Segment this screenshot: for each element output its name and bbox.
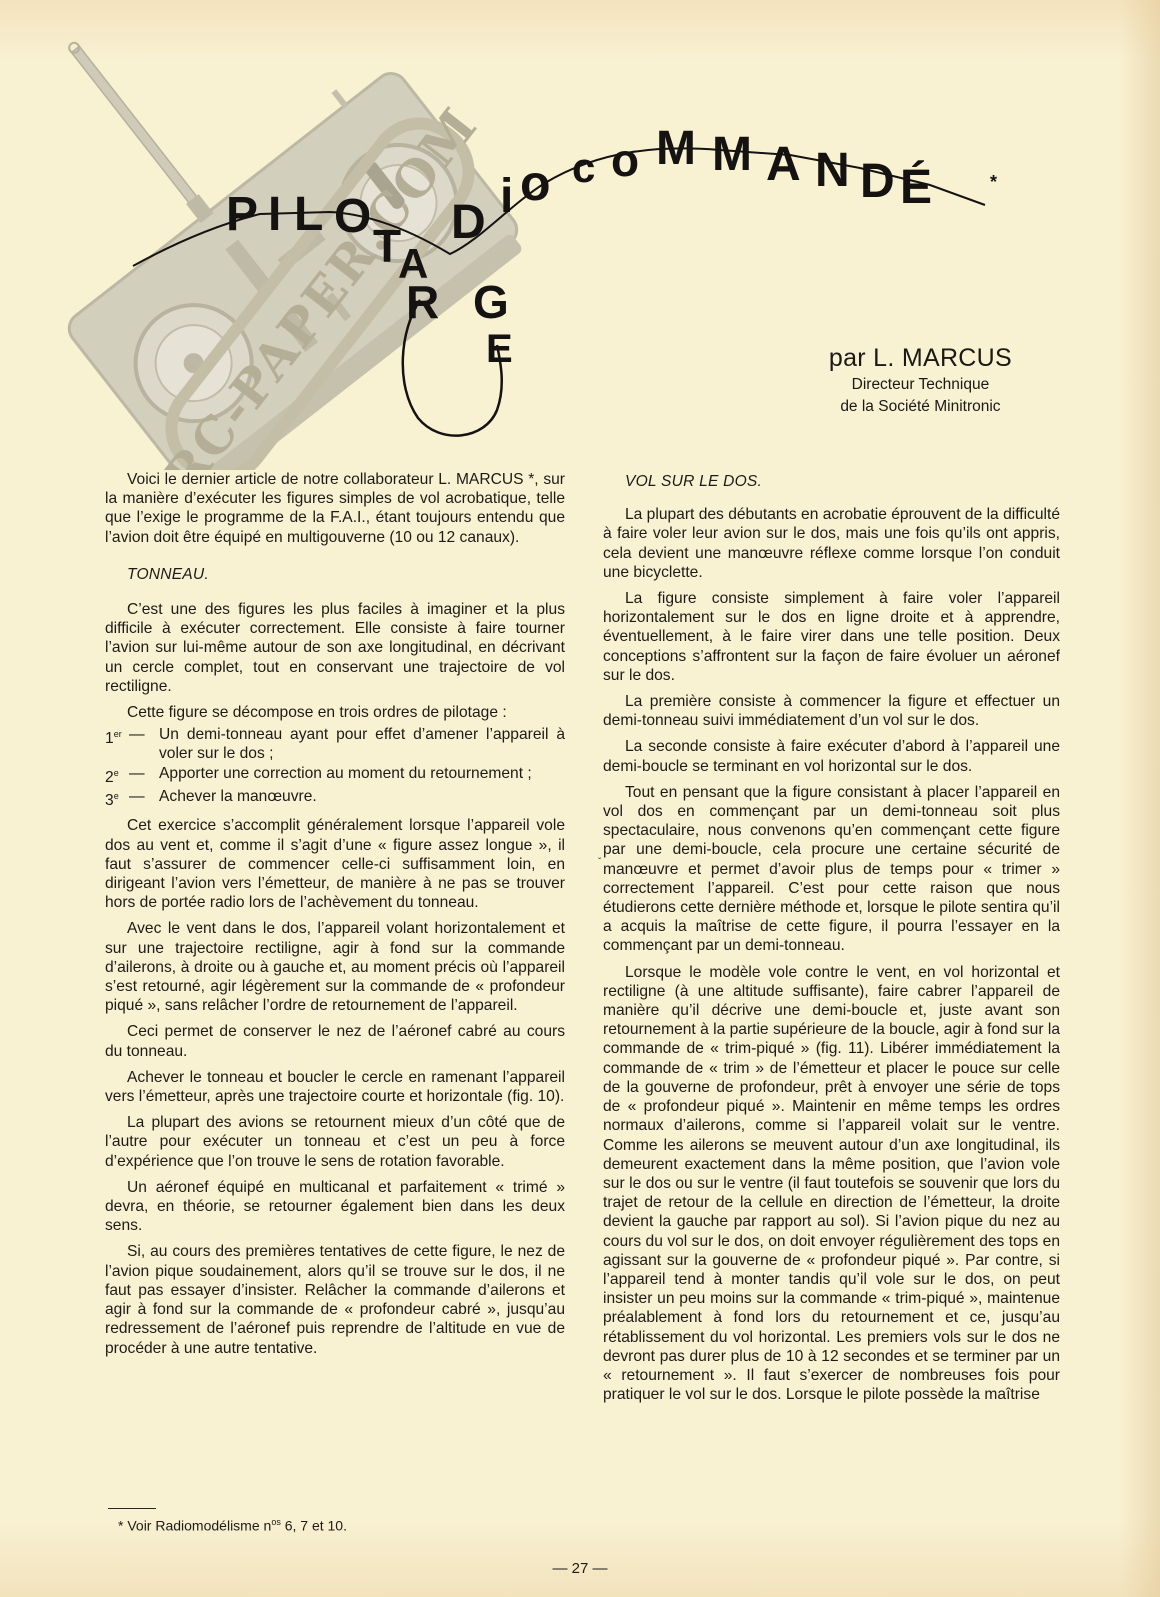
- svg-text:E: E: [486, 327, 513, 371]
- steps-list: 1er — Un demi-tonneau ayant pour effet d…: [105, 725, 565, 810]
- svg-text:N: N: [815, 144, 850, 197]
- svg-text:D: D: [860, 155, 895, 208]
- paragraph: La plupart des débutants en acrobatie ép…: [603, 505, 1060, 582]
- page-number: — 27 —: [0, 1560, 1160, 1577]
- svg-text:i: i: [500, 170, 513, 223]
- svg-text:I: I: [268, 188, 281, 241]
- svg-text:D: D: [451, 196, 486, 249]
- svg-text:M: M: [656, 122, 696, 175]
- step-item: 3e — Achever la manœuvre.: [105, 787, 565, 810]
- magazine-page: RC-PAPER.COM P I L O T A D i o c o M M A…: [0, 0, 1160, 1597]
- paragraph: Avec le vent dans le dos, l’appareil vol…: [105, 919, 565, 1015]
- byline: par L. MARCUS Directeur Technique de la …: [829, 344, 1012, 417]
- paragraph: C’est une des figures les plus faciles à…: [105, 600, 565, 696]
- print-mark: ˇ: [598, 857, 601, 868]
- paragraph: Lorsque le modèle vole contre le vent, e…: [603, 963, 1060, 1405]
- paragraph: Ceci permet de conserver le nez de l’aér…: [105, 1022, 565, 1060]
- paragraph: La seconde consiste à faire exécuter d’a…: [603, 737, 1060, 775]
- svg-text:A: A: [766, 138, 801, 191]
- paragraph: Cet exercice s’accomplit généralement lo…: [105, 816, 565, 912]
- section-heading-vol-sur-le-dos: VOL SUR LE DOS.: [625, 472, 1060, 491]
- svg-text:G: G: [473, 276, 509, 328]
- svg-text:É: É: [900, 160, 932, 214]
- author-company: de la Société Minitronic: [829, 397, 1012, 417]
- step-item: 1er — Un demi-tonneau ayant pour effet d…: [105, 725, 565, 763]
- title-word-pilo: P I L O: [226, 188, 371, 243]
- paragraph: Si, au cours des premières tentatives de…: [105, 1242, 565, 1357]
- svg-text:P: P: [226, 188, 258, 241]
- svg-text:o: o: [611, 134, 639, 186]
- paragraph: La figure consiste simplement à faire vo…: [603, 589, 1060, 685]
- title-word-rge: R G E: [406, 276, 513, 371]
- paragraph: Cette figure se décompose en trois ordre…: [105, 703, 565, 722]
- right-column: VOL SUR LE DOS. La plupart des débutants…: [603, 472, 1060, 1411]
- step-item: 2e — Apporter une correction au moment d…: [105, 764, 565, 787]
- paragraph: Tout en pensant que la figure consistant…: [603, 783, 1060, 956]
- paragraph: Achever le tonneau et boucler le cercle …: [105, 1068, 565, 1106]
- svg-text:*: *: [990, 172, 997, 192]
- paragraph: La plupart des avions se retournent mieu…: [105, 1113, 565, 1171]
- intro-paragraph: Voici le dernier article de notre collab…: [105, 470, 565, 547]
- left-column: Voici le dernier article de notre collab…: [105, 470, 565, 1365]
- author-name: par L. MARCUS: [829, 344, 1012, 373]
- footnote: * Voir Radiomodélisme nos 6, 7 et 10.: [118, 1517, 347, 1534]
- svg-text:R: R: [406, 276, 439, 328]
- svg-text:T: T: [373, 220, 401, 272]
- svg-text:O: O: [334, 190, 371, 243]
- svg-text:o: o: [520, 155, 551, 211]
- footnote-divider: [108, 1508, 156, 1509]
- svg-text:c: c: [572, 144, 595, 191]
- section-heading-tonneau: TONNEAU.: [127, 565, 565, 584]
- svg-text:M: M: [712, 128, 752, 181]
- paragraph: La première consiste à commencer la figu…: [603, 692, 1060, 730]
- author-role: Directeur Technique: [829, 375, 1012, 395]
- svg-text:L: L: [294, 188, 323, 241]
- paragraph: Un aéronef équipé en multicanal et parfa…: [105, 1178, 565, 1236]
- title-word-radiocommande: T A D i o c o M M A N D É *: [373, 122, 997, 287]
